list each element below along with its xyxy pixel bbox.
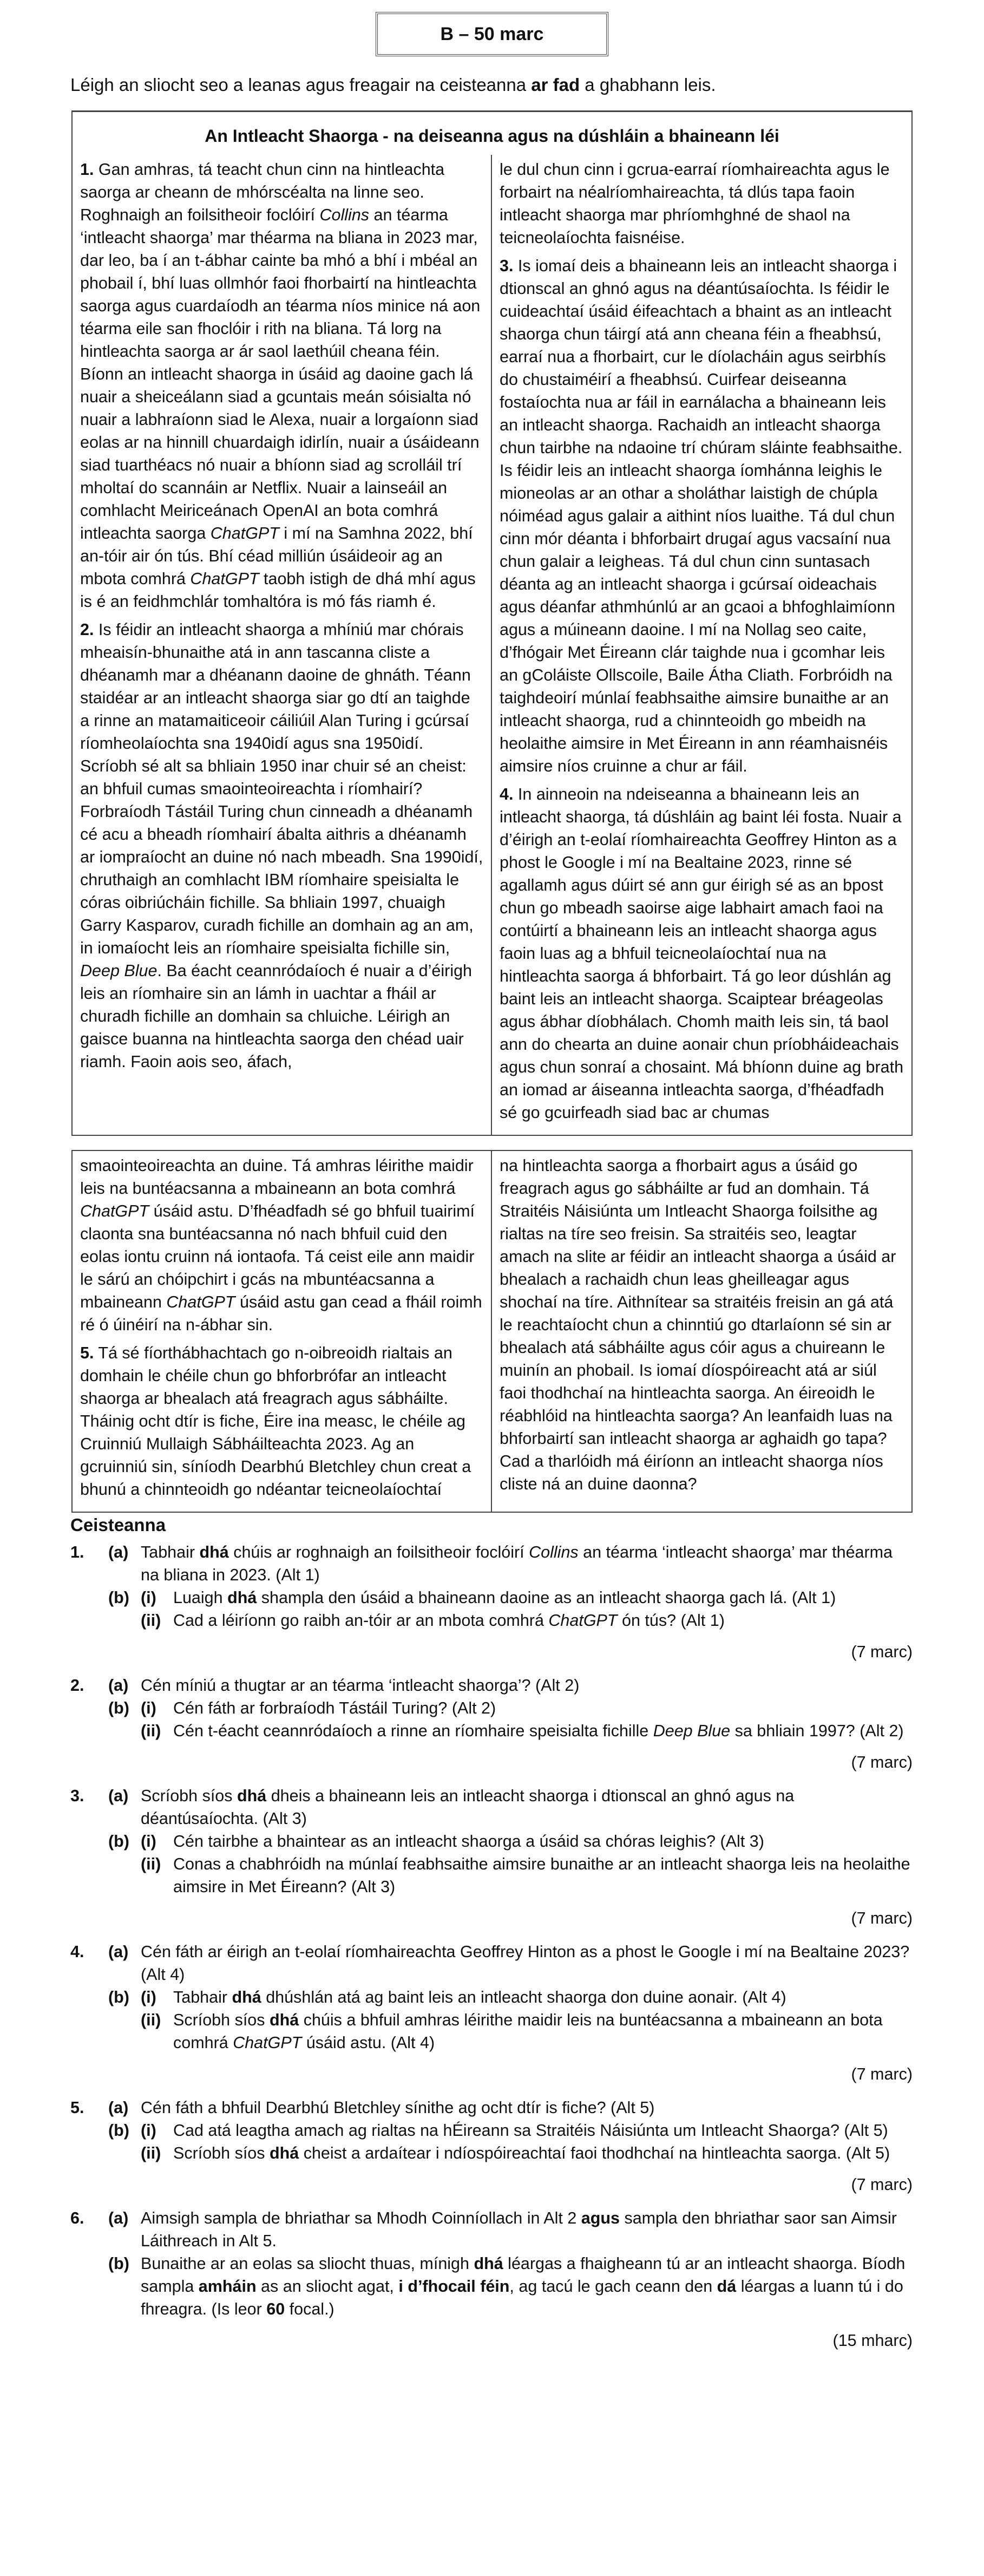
paragraph-number: 2. xyxy=(80,620,94,639)
question-block: 5.(a)Cén fáth a bhfuil Dearbhú Bletchley… xyxy=(70,2096,913,2196)
passage-box-1: An Intleacht Shaorga - na deiseanna agus… xyxy=(71,110,913,1136)
question-line: 3.(a)Scríobh síos dhá dheis a bhaineann … xyxy=(70,1784,913,1830)
question-line: (b)(i)Luaigh dhá shampla den úsáid a bha… xyxy=(70,1586,913,1609)
text-run: as an sliocht agat, xyxy=(257,2277,399,2296)
bold-term: dhá xyxy=(270,2011,299,2029)
question-marks: (7 marc) xyxy=(70,1640,913,1663)
text-run: Scríobh síos xyxy=(141,1787,237,1805)
subpart-label: (ii) xyxy=(141,2009,173,2054)
part-label: (a) xyxy=(108,1940,141,1986)
question-text: Cén tairbhe a bhaintear as an intleacht … xyxy=(173,1830,913,1853)
question-line: 6.(a)Aimsigh sampla de bhriathar sa Mhod… xyxy=(70,2207,913,2252)
subpart-label: (i) xyxy=(141,1830,173,1853)
section-marks-box: B – 50 marc xyxy=(376,12,608,56)
passage-paragraph: 2. Is féidir an intleacht shaorga a mhín… xyxy=(80,618,483,1073)
bold-term: i d’fhocail féin xyxy=(398,2277,509,2296)
question-number xyxy=(70,2119,108,2142)
question-line: 1.(a)Tabhair dhá chúis ar roghnaigh an f… xyxy=(70,1541,913,1586)
italic-term: ChatGPT xyxy=(233,2034,301,2052)
part-label xyxy=(108,2009,141,2054)
passage-paragraph: 1. Gan amhras, tá teacht chun cinn na hi… xyxy=(80,158,483,613)
question-number: 6. xyxy=(70,2207,108,2252)
passage-column-left: 1. Gan amhras, tá teacht chun cinn na hi… xyxy=(73,155,492,1135)
question-marks: (7 marc) xyxy=(70,2063,913,2085)
paragraph-number: 5. xyxy=(80,1344,94,1362)
bold-term: dhá xyxy=(237,1787,266,1805)
question-line: (ii)Cén t-éacht ceannródaíoch a rinne an… xyxy=(70,1719,913,1742)
text-run: shampla den úsáid a bhaineann daoine as … xyxy=(257,1588,836,1607)
question-line: (b)(i)Cén tairbhe a bhaintear as an intl… xyxy=(70,1830,913,1853)
question-text: Cén fáth ar éirigh an t-eolaí ríomhairea… xyxy=(141,1940,913,1986)
question-text: Aimsigh sampla de bhriathar sa Mhodh Coi… xyxy=(141,2207,913,2252)
question-number: 3. xyxy=(70,1784,108,1830)
text-run: Cén t-éacht ceannródaíoch a rinne an río… xyxy=(173,1722,653,1740)
text-run: Cad a léiríonn go raibh an-tóir ar an mb… xyxy=(173,1611,548,1630)
text-run: le dul chun cinn i gcrua-earraí ríomhair… xyxy=(500,160,890,247)
text-run: In ainneoin na ndeiseanna a bhaineann le… xyxy=(500,785,903,1122)
question-number: 5. xyxy=(70,2096,108,2119)
passage-paragraph: 3. Is iomaí deis a bhaineann leis an int… xyxy=(500,254,904,777)
subpart-label: (i) xyxy=(141,1586,173,1609)
text-run: dhúshlán atá ag baint leis an intleacht … xyxy=(261,1988,786,2006)
text-run: sa bhliain 1997? (Alt 2) xyxy=(730,1722,903,1740)
part-label: (b) xyxy=(108,1586,141,1609)
text-run: an téarma ‘intleacht shaorga’ mar théarm… xyxy=(80,206,480,542)
passage-paragraph: na hintleachta saorga a fhorbairt agus a… xyxy=(500,1154,904,1495)
question-number xyxy=(70,1853,108,1898)
passage-paragraph: 5. Tá sé fíorthábhachtach go n-oibreoidh… xyxy=(80,1342,483,1501)
part-label: (a) xyxy=(108,2207,141,2252)
italic-term: ChatGPT xyxy=(548,1611,617,1630)
part-label: (a) xyxy=(108,2096,141,2119)
question-marks: (7 marc) xyxy=(70,1907,913,1930)
question-block: 3.(a)Scríobh síos dhá dheis a bhaineann … xyxy=(70,1784,913,1930)
passage-column-right: le dul chun cinn i gcrua-earraí ríomhair… xyxy=(492,155,911,1135)
exam-page: B – 50 marc Léigh an sliocht seo a leana… xyxy=(0,0,984,2384)
question-line: (b)(i)Cad atá leagtha amach ag rialtas n… xyxy=(70,2119,913,2142)
passage-column-left-cont: smaointeoireachta an duine. Tá amhras lé… xyxy=(73,1151,492,1512)
subpart-label: (ii) xyxy=(141,1853,173,1898)
text-run: Tabhair xyxy=(173,1988,232,2006)
part-label: (a) xyxy=(108,1674,141,1697)
question-text: Cén fáth ar forbraíodh Tástáil Turing? (… xyxy=(173,1697,913,1719)
subpart-label: (i) xyxy=(141,1697,173,1719)
question-block: 1.(a)Tabhair dhá chúis ar roghnaigh an f… xyxy=(70,1541,913,1663)
question-number xyxy=(70,1609,108,1632)
part-label: (b) xyxy=(108,2119,141,2142)
text-run: Cén tairbhe a bhaintear as an intleacht … xyxy=(173,1832,764,1851)
italic-term: ChatGPT xyxy=(190,570,259,588)
italic-term: Collins xyxy=(529,1543,579,1561)
question-line: (ii)Conas a chabhróidh na múnlaí feabhsa… xyxy=(70,1853,913,1898)
question-number xyxy=(70,2142,108,2165)
bold-term: dá xyxy=(717,2277,737,2296)
question-text: Luaigh dhá shampla den úsáid a bhaineann… xyxy=(173,1586,913,1609)
question-number xyxy=(70,2252,108,2320)
passage-paragraph: le dul chun cinn i gcrua-earraí ríomhair… xyxy=(500,158,904,249)
text-run: Luaigh xyxy=(173,1588,227,1607)
question-number xyxy=(70,1586,108,1609)
question-text: Conas a chabhróidh na múnlaí feabhsaithe… xyxy=(173,1853,913,1898)
paragraph-number: 4. xyxy=(500,785,513,803)
paragraph-number: 3. xyxy=(500,257,513,275)
text-run: Conas a chabhróidh na múnlaí feabhsaithe… xyxy=(173,1855,910,1896)
text-run: Tá sé fíorthábhachtach go n-oibreoidh ri… xyxy=(80,1344,471,1499)
bold-term: 60 xyxy=(266,2300,285,2318)
question-marks: (15 mharc) xyxy=(70,2329,913,2352)
text-run: Tabhair xyxy=(141,1543,200,1561)
text-run: Scríobh síos xyxy=(173,2011,270,2029)
italic-term: Collins xyxy=(320,206,370,224)
instruction-text-end: a ghabhann leis. xyxy=(580,75,716,95)
italic-term: ChatGPT xyxy=(80,1202,149,1220)
text-run: smaointeoireachta an duine. Tá amhras lé… xyxy=(80,1156,474,1198)
text-run: Cén fáth ar forbraíodh Tástáil Turing? (… xyxy=(173,1699,496,1717)
part-label: (a) xyxy=(108,1541,141,1586)
question-text: Bunaithe ar an eolas sa sliocht thuas, m… xyxy=(141,2252,913,2320)
subpart-label: (ii) xyxy=(141,2142,173,2165)
subpart-label: (ii) xyxy=(141,1719,173,1742)
question-line: (ii)Cad a léiríonn go raibh an-tóir ar a… xyxy=(70,1609,913,1632)
part-label xyxy=(108,1719,141,1742)
passage-paragraph: smaointeoireachta an duine. Tá amhras lé… xyxy=(80,1154,483,1336)
italic-term: Deep Blue xyxy=(80,962,157,980)
italic-term: ChatGPT xyxy=(166,1293,235,1311)
question-marks: (7 marc) xyxy=(70,1751,913,1774)
section-marks-label: B – 50 marc xyxy=(441,24,544,45)
question-text: Cén míniú a thugtar ar an téarma ‘intlea… xyxy=(141,1674,913,1697)
part-label: (b) xyxy=(108,2252,141,2320)
question-text: Cén fáth a bhfuil Dearbhú Bletchley síni… xyxy=(141,2096,913,2119)
bold-term: agus xyxy=(581,2209,620,2227)
italic-term: ChatGPT xyxy=(211,524,279,542)
question-block: 6.(a)Aimsigh sampla de bhriathar sa Mhod… xyxy=(70,2207,913,2352)
question-text: Tabhair dhá chúis ar roghnaigh an foilsi… xyxy=(141,1541,913,1586)
part-label: (a) xyxy=(108,1784,141,1830)
question-number xyxy=(70,1986,108,2009)
text-run: cheist a ardaítear i ndíospóireachtaí fa… xyxy=(299,2144,890,2162)
questions-list: 1.(a)Tabhair dhá chúis ar roghnaigh an f… xyxy=(70,1541,913,2352)
text-run: Aimsigh sampla de bhriathar sa Mhodh Coi… xyxy=(141,2209,581,2227)
text-run: Cén míniú a thugtar ar an téarma ‘intlea… xyxy=(141,1676,579,1695)
text-run: Bunaithe ar an eolas sa sliocht thuas, m… xyxy=(141,2254,474,2273)
question-text: Scríobh síos dhá chúis a bhfuil amhras l… xyxy=(173,2009,913,2054)
question-text: Scríobh síos dhá cheist a ardaítear i nd… xyxy=(173,2142,913,2165)
text-run: Scríobh síos xyxy=(173,2144,270,2162)
text-run: úsáid astu. (Alt 4) xyxy=(301,2034,435,2052)
subpart-label: (i) xyxy=(141,2119,173,2142)
question-number xyxy=(70,1830,108,1853)
question-number xyxy=(70,1697,108,1719)
part-label xyxy=(108,1609,141,1632)
question-block: 4.(a)Cén fáth ar éirigh an t-eolaí ríomh… xyxy=(70,1940,913,2085)
text-run: Is iomaí deis a bhaineann leis an intlea… xyxy=(500,257,902,775)
question-text: Tabhair dhá dhúshlán atá ag baint leis a… xyxy=(173,1986,913,2009)
question-text: Scríobh síos dhá dheis a bhaineann leis … xyxy=(141,1784,913,1830)
part-label xyxy=(108,2142,141,2165)
passage-column-right-cont: na hintleachta saorga a fhorbairt agus a… xyxy=(492,1151,911,1512)
question-number xyxy=(70,2009,108,2054)
instruction-bold: ar fad xyxy=(531,75,580,95)
bold-term: dhá xyxy=(270,2144,299,2162)
question-text: Cad a léiríonn go raibh an-tóir ar an mb… xyxy=(173,1609,913,1632)
text-run: Cad atá leagtha amach ag rialtas na hÉir… xyxy=(173,2121,888,2140)
question-line: 5.(a)Cén fáth a bhfuil Dearbhú Bletchley… xyxy=(70,2096,913,2119)
text-run: focal.) xyxy=(285,2300,334,2318)
text-run: ón tús? (Alt 1) xyxy=(618,1611,725,1630)
question-line: (b)(i)Tabhair dhá dhúshlán atá ag baint … xyxy=(70,1986,913,2009)
question-line: 4.(a)Cén fáth ar éirigh an t-eolaí ríomh… xyxy=(70,1940,913,1986)
bold-term: amháin xyxy=(199,2277,257,2296)
text-run: na hintleachta saorga a fhorbairt agus a… xyxy=(500,1156,896,1493)
question-line: (ii)Scríobh síos dhá cheist a ardaítear … xyxy=(70,2142,913,2165)
question-marks: (7 marc) xyxy=(70,2173,913,2196)
instruction-text: Léigh an sliocht seo a leanas agus freag… xyxy=(70,75,531,95)
question-line: 2.(a)Cén míniú a thugtar ar an téarma ‘i… xyxy=(70,1674,913,1697)
passage-paragraph: 4. In ainneoin na ndeiseanna a bhaineann… xyxy=(500,783,904,1124)
subpart-label: (i) xyxy=(141,1986,173,2009)
italic-term: Deep Blue xyxy=(653,1722,730,1740)
part-label: (b) xyxy=(108,1830,141,1853)
text-run: Is féidir an intleacht shaorga a mhíniú … xyxy=(80,620,483,957)
bold-term: dhá xyxy=(227,1588,257,1607)
question-line: (b)(i)Cén fáth ar forbraíodh Tástáil Tur… xyxy=(70,1697,913,1719)
question-number: 2. xyxy=(70,1674,108,1697)
bold-term: dhá xyxy=(200,1543,229,1561)
part-label: (b) xyxy=(108,1986,141,2009)
question-text: Cad atá leagtha amach ag rialtas na hÉir… xyxy=(173,2119,913,2142)
question-text: Cén t-éacht ceannródaíoch a rinne an río… xyxy=(173,1719,913,1742)
bold-term: dhá xyxy=(232,1988,261,2006)
text-run: Cén fáth a bhfuil Dearbhú Bletchley síni… xyxy=(141,2098,654,2117)
question-number: 1. xyxy=(70,1541,108,1586)
instruction: Léigh an sliocht seo a leanas agus freag… xyxy=(70,75,984,95)
paragraph-number: 1. xyxy=(80,160,94,179)
part-label: (b) xyxy=(108,1697,141,1719)
question-line: (b)Bunaithe ar an eolas sa sliocht thuas… xyxy=(70,2252,913,2320)
subpart-label: (ii) xyxy=(141,1609,173,1632)
question-number: 4. xyxy=(70,1940,108,1986)
questions-heading: Ceisteanna xyxy=(70,1515,984,1535)
bold-term: dhá xyxy=(474,2254,503,2273)
text-run: , ag tacú le gach ceann den xyxy=(509,2277,717,2296)
question-block: 2.(a)Cén míniú a thugtar ar an téarma ‘i… xyxy=(70,1674,913,1774)
question-number xyxy=(70,1719,108,1742)
passage-box-2: smaointeoireachta an duine. Tá amhras lé… xyxy=(71,1150,913,1513)
text-run: chúis ar roghnaigh an foilsitheoir focló… xyxy=(229,1543,529,1561)
text-run: Cén fáth ar éirigh an t-eolaí ríomhairea… xyxy=(141,1943,909,1984)
passage-title: An Intleacht Shaorga - na deiseanna agus… xyxy=(73,112,911,155)
question-line: (ii)Scríobh síos dhá chúis a bhfuil amhr… xyxy=(70,2009,913,2054)
part-label xyxy=(108,1853,141,1898)
